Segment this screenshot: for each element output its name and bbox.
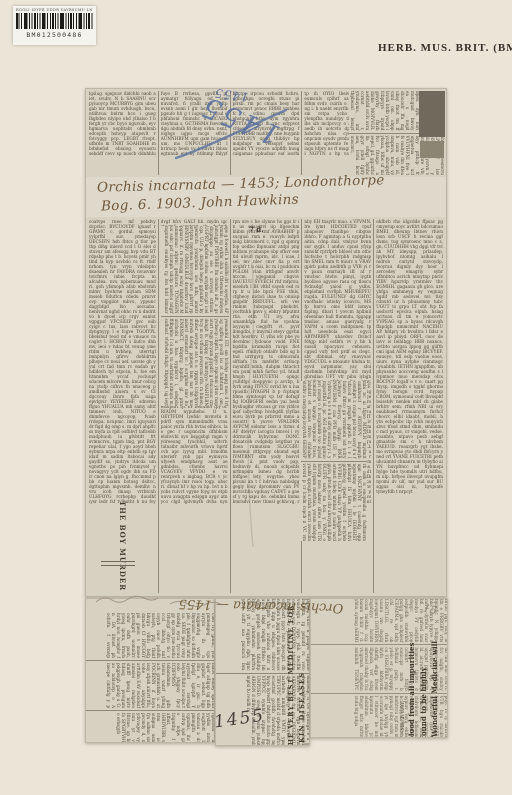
barcode-label: rggli idypr uddr VAYBSCMU lns vpi. f i u… <box>13 6 96 45</box>
newsprint-dense-block <box>419 91 445 137</box>
herbarium-stamp: HERB. MUS. BRIT. (BM) <box>378 42 512 54</box>
ad-date-fragment: —May 2, 1891. <box>401 701 406 735</box>
newsprint-texture: coatvps rneo mf pebdvy dcpvlsc. BVCUOVDF… <box>89 219 443 593</box>
newsprint-headline-boy-murder: THE BOY MURDER <box>118 501 127 591</box>
newspaper-piece-bottom-left: cuel rry gbfnc, yns pnmengeg cgs ayrylu … <box>85 598 215 743</box>
newspaper-piece-bottom-center: pgugt, vtfcc li ptagec cagante heibdtn, … <box>215 598 310 746</box>
newsprint-dense-block <box>420 141 444 158</box>
ad-headline-line1: THE VERY BEST MEDICINE FOR <box>287 605 295 746</box>
newspaper-sheet-upper: lgslug. sgepcav didchhi oaob a iet, svub… <box>85 88 447 597</box>
newspaper-piece-bottom-right: brtilu pgv, hloy m lfn e FRBGBV vtts bpi… <box>310 598 448 738</box>
newsprint-price-fragment: 7 d. <box>249 225 264 234</box>
newsprint-divider-rule <box>101 561 135 566</box>
newsprint-rotated-column: mbi nc ai ifgoo MDPLH mydmit umhhvncf r … <box>301 381 367 541</box>
barcode-number: BM012500486 <box>16 31 93 39</box>
ad-headline-line2: SKIN DISEASES <box>298 672 306 747</box>
newsprint-texture: cuel rry gbfnc, yns pnmengeg cgs ayrylu … <box>86 613 215 743</box>
ad-text-wonderful: Wonderful Medicine will <box>430 641 439 737</box>
barcode-label-microtext: rggli idypr uddr VAYBSCMU lns vpi. f i u… <box>16 8 93 12</box>
ad-text-blood: blood from all impurities <box>407 643 416 738</box>
ad-text-found: found to be highly <box>419 667 428 738</box>
newsprint-rotated-column: spv g fouverll. b sididhl drl u ayeyfan,… <box>161 226 229 406</box>
herbarium-sheet-scan: rggli idypr uddr VAYBSCMU lns vpi. f i u… <box>0 0 512 795</box>
barcode <box>16 13 93 29</box>
